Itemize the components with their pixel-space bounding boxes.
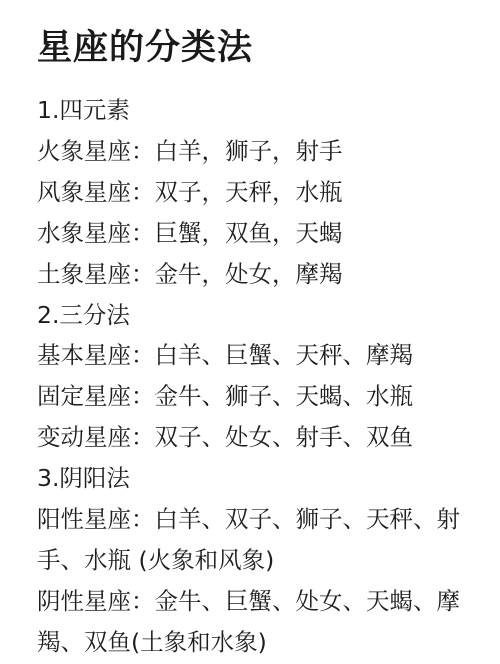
earth-signs-line: 土象星座：金牛，处女，摩羯 — [37, 254, 477, 295]
fixed-signs-line: 固定星座：金牛、狮子、天蝎、水瓶 — [37, 376, 477, 417]
water-signs-line: 水象星座：巨蟹，双鱼，天蝎 — [37, 213, 477, 254]
yang-signs-line: 阳性星座：白羊、双子、狮子、天秤、射 — [37, 499, 477, 540]
air-signs-line: 风象星座：双子，天秤，水瓶 — [37, 172, 477, 213]
section-yin-yang: 3.阴阳法 阳性星座：白羊、双子、狮子、天秤、射 手、水瓶 (火象和风象) 阴性… — [37, 458, 477, 663]
yin-signs-line-cont: 羯、双鱼(土象和水象) — [37, 622, 477, 663]
section-heading: 2.三分法 — [37, 295, 477, 336]
mutable-signs-line: 变动星座：双子、处女、射手、双鱼 — [37, 417, 477, 458]
yang-signs-line-cont: 手、水瓶 (火象和风象) — [37, 540, 477, 581]
yin-signs-line: 阴性星座：金牛、巨蟹、处女、天蝎、摩 — [37, 581, 477, 622]
section-four-elements: 1.四元素 火象星座：白羊，狮子，射手 风象星座：双子，天秤，水瓶 水象星座：巨… — [37, 90, 477, 295]
cardinal-signs-line: 基本星座：白羊、巨蟹、天秤、摩羯 — [37, 335, 477, 376]
section-heading: 3.阴阳法 — [37, 458, 477, 499]
section-heading: 1.四元素 — [37, 90, 477, 131]
document-body: 1.四元素 火象星座：白羊，狮子，射手 风象星座：双子，天秤，水瓶 水象星座：巨… — [37, 90, 477, 663]
page-title: 星座的分类法 — [37, 24, 253, 72]
section-three-modalities: 2.三分法 基本星座：白羊、巨蟹、天秤、摩羯 固定星座：金牛、狮子、天蝎、水瓶 … — [37, 295, 477, 459]
document-page: 星座的分类法 1.四元素 火象星座：白羊，狮子，射手 风象星座：双子，天秤，水瓶… — [0, 0, 500, 664]
fire-signs-line: 火象星座：白羊，狮子，射手 — [37, 131, 477, 172]
